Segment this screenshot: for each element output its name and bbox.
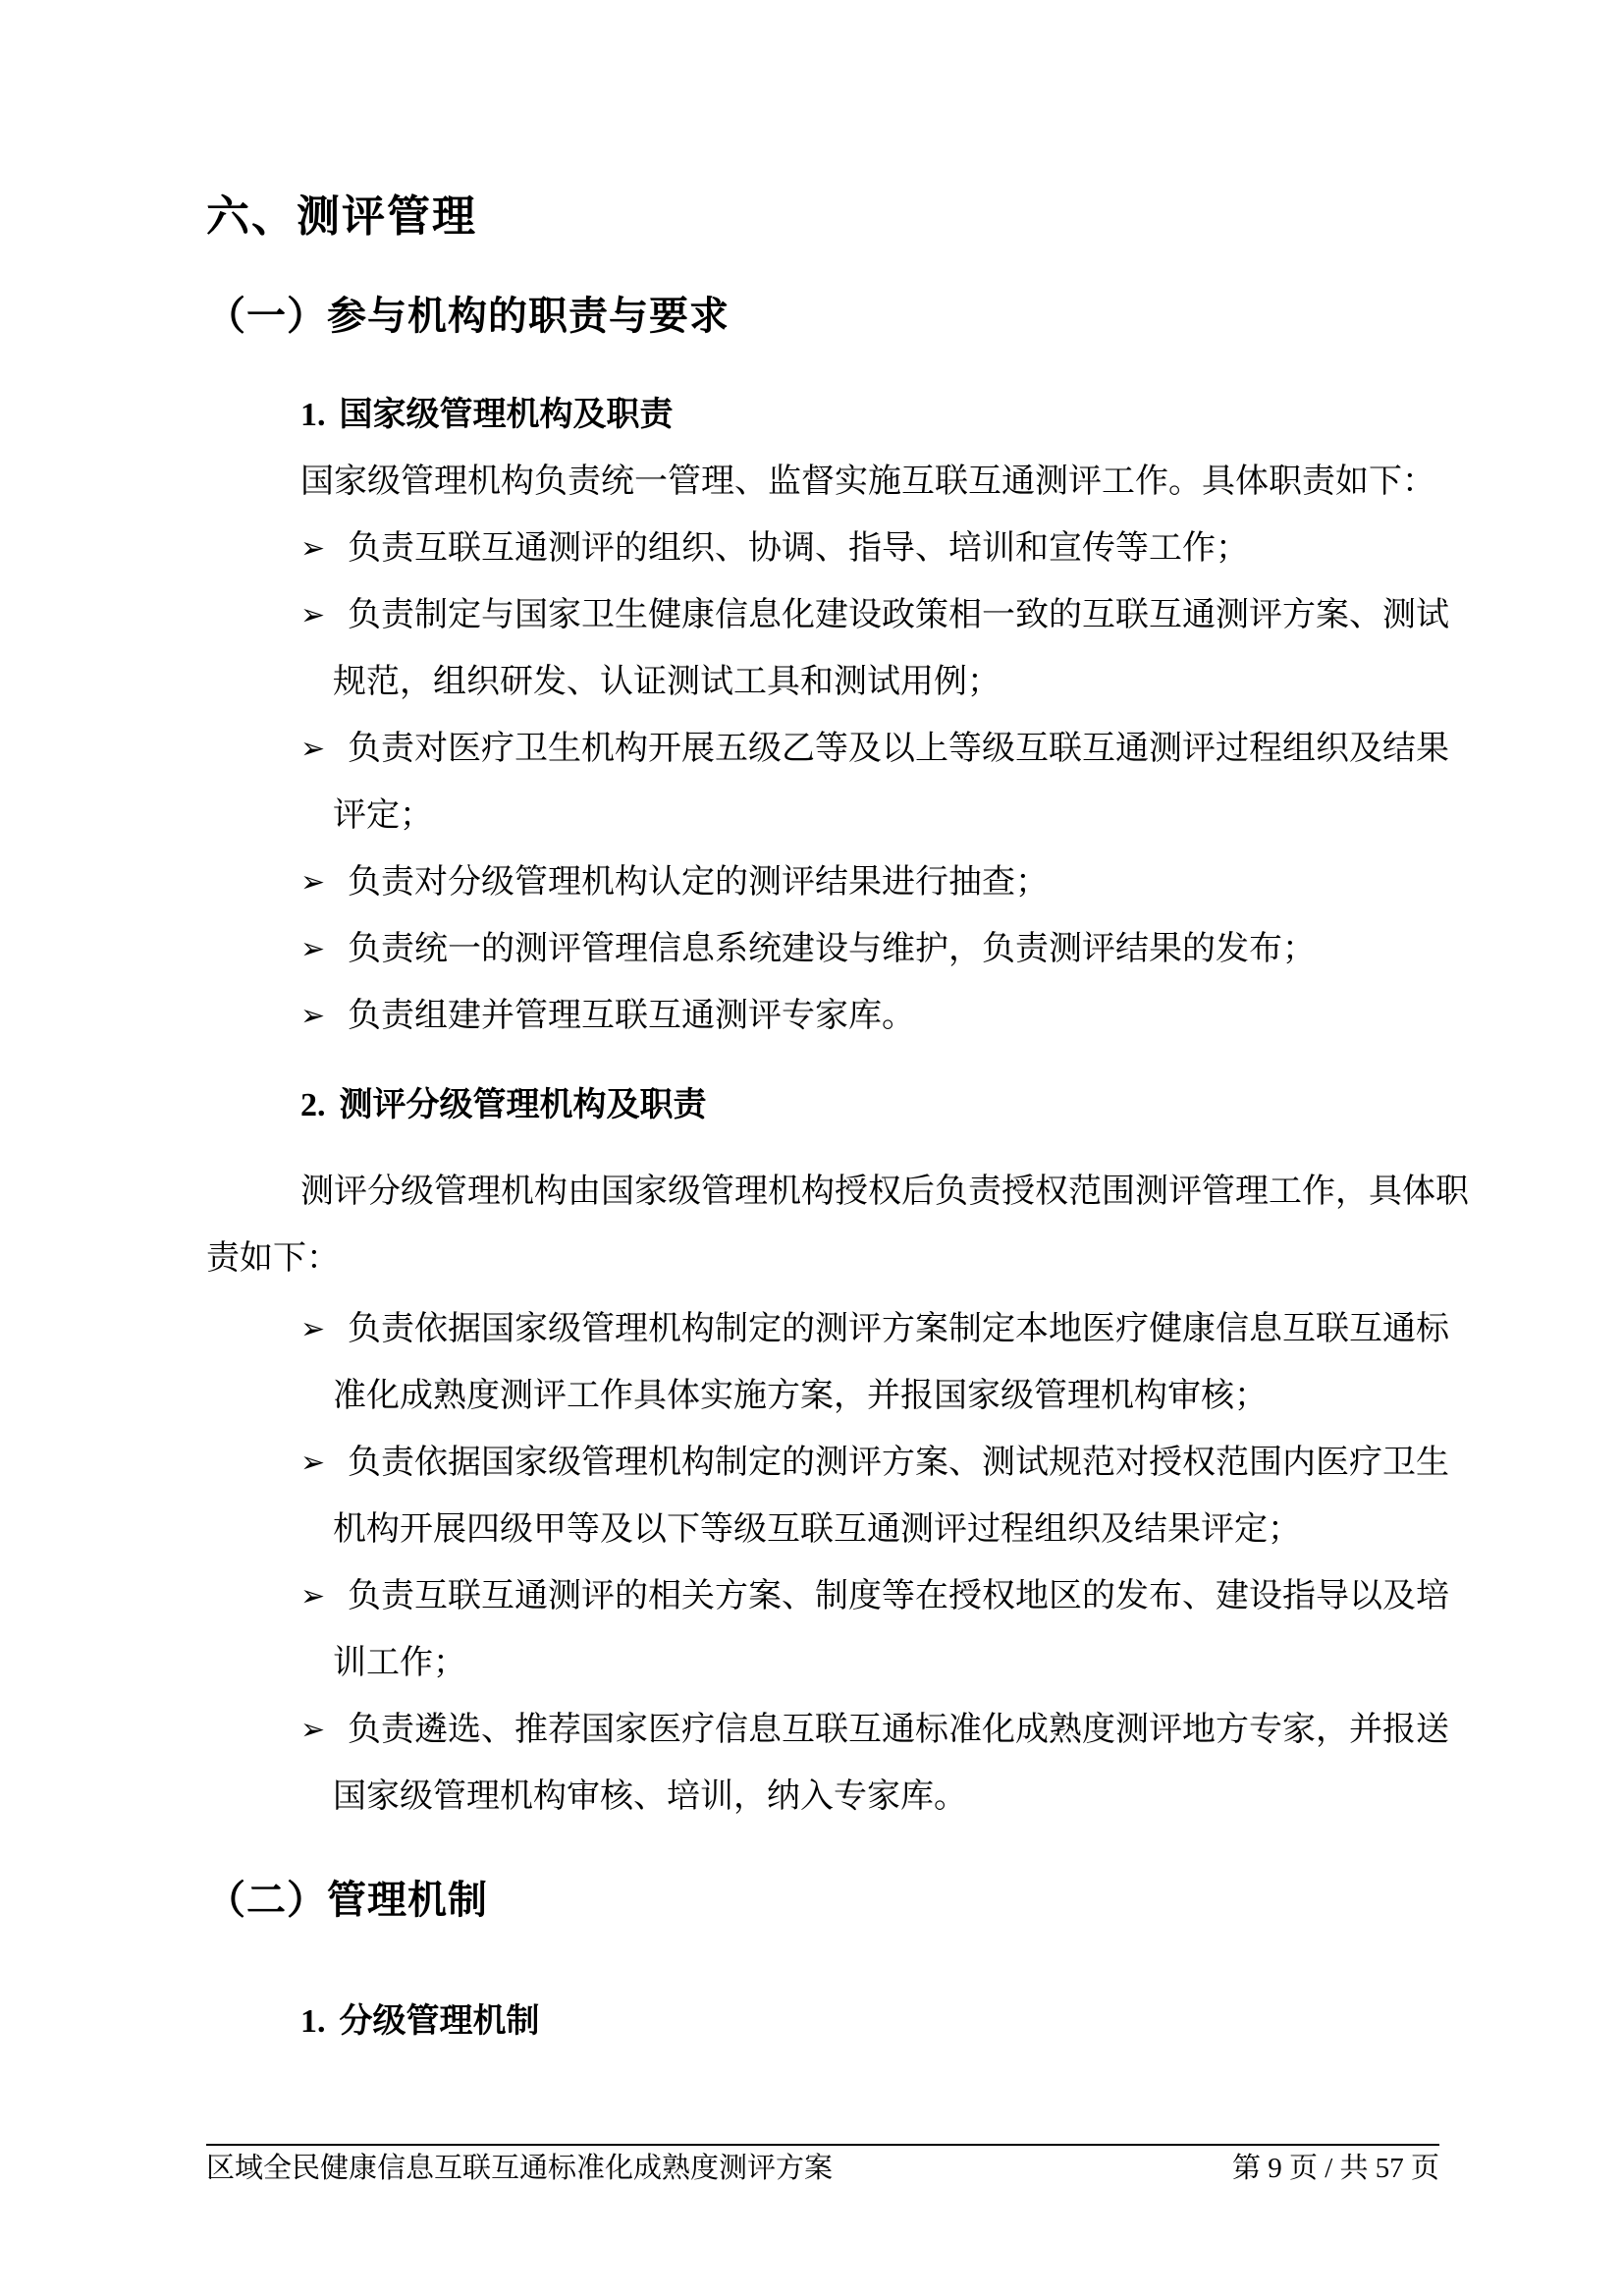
list-item-text: 负责组建并管理互联互通测评专家库。 (348, 998, 915, 1034)
list-item: ➢负责依据国家级管理机构制定的测评方案制定本地医疗健康信息互联互通标 准化成熟度… (206, 1296, 1439, 1430)
subsection-2-1-heading: 1.分级管理机制 (206, 1999, 1439, 2045)
list-item-text: 负责对分级管理机构认定的测评结果进行抽查； (348, 864, 1049, 901)
arrow-bullet-icon: ➢ (300, 716, 325, 783)
subsection-1-2-heading: 2.测评分级管理机构及职责 (206, 1083, 1439, 1128)
list-item-text: 负责对医疗卫生机构开展五级乙等及以上等级互联互通测评过程组织及结果 (348, 731, 1449, 767)
list-item-text: 负责互联互通测评的相关方案、制度等在授权地区的发布、建设指导以及培 (348, 1578, 1449, 1614)
paragraph-line: 国家级管理机构负责统一管理、监督实施互联互通测评工作。具体职责如下： (206, 464, 1435, 500)
footer-page-number: 第 9 页 / 共 57 页 (1232, 2151, 1439, 2186)
intro-paragraph: 国家级管理机构负责统一管理、监督实施互联互通测评工作。具体职责如下： (206, 449, 1439, 516)
list-item-text: 评定； (333, 797, 433, 834)
list-item: ➢负责对医疗卫生机构开展五级乙等及以上等级互联互通测评过程组织及结果 评定； (206, 716, 1439, 849)
list-item: ➢负责互联互通测评的组织、协调、指导、培训和宣传等工作； (206, 516, 1439, 582)
paragraph-line: 测评分级管理机构由国家级管理机构授权后负责授权范围测评管理工作，具体职 (206, 1174, 1469, 1210)
subsection-number: 1. (300, 2003, 326, 2040)
subsection-number: 2. (300, 1087, 326, 1123)
list-item-text: 负责遴选、推荐国家医疗信息互联互通标准化成熟度测评地方专家，并报送 (348, 1712, 1449, 1748)
subsection-title: 测评分级管理机构及职责 (340, 1087, 707, 1123)
intro-paragraph: 测评分级管理机构由国家级管理机构授权后负责授权范围测评管理工作，具体职 责如下： (206, 1159, 1439, 1292)
arrow-bullet-icon: ➢ (300, 1563, 325, 1630)
list-item-text: 训工作； (333, 1645, 466, 1681)
subsection-title: 分级管理机制 (340, 2003, 540, 2040)
bullet-list-regional: ➢负责依据国家级管理机构制定的测评方案制定本地医疗健康信息互联互通标 准化成熟度… (206, 1296, 1439, 1831)
list-item-text: 国家级管理机构审核、培训，纳入专家库。 (333, 1778, 967, 1815)
list-item-text: 负责互联互通测评的组织、协调、指导、培训和宣传等工作； (348, 530, 1249, 567)
arrow-bullet-icon: ➢ (300, 849, 325, 916)
list-item-text: 机构开展四级甲等及以下等级互联互通测评过程组织及结果评定； (333, 1511, 1301, 1548)
list-item-text: 负责依据国家级管理机构制定的测评方案制定本地医疗健康信息互联互通标 (348, 1311, 1449, 1347)
list-item: ➢负责对分级管理机构认定的测评结果进行抽查； (206, 849, 1439, 916)
section-1-heading: （一）参与机构的职责与要求 (206, 291, 1439, 342)
arrow-bullet-icon: ➢ (300, 983, 325, 1050)
arrow-bullet-icon: ➢ (300, 582, 325, 649)
list-item-text: 负责统一的测评管理信息系统建设与维护，负责测评结果的发布； (348, 931, 1316, 967)
arrow-bullet-icon: ➢ (300, 1296, 325, 1363)
document-body: 六、测评管理 （一）参与机构的职责与要求 1.国家级管理机构及职责 国家级管理机… (206, 0, 1439, 2045)
list-item-text: 准化成熟度测评工作具体实施方案，并报国家级管理机构审核； (333, 1378, 1268, 1414)
page-footer: 区域全民健康信息互联互通标准化成熟度测评方案 第 9 页 / 共 57 页 (206, 2144, 1439, 2186)
list-item-text: 规范，组织研发、认证测试工具和测试用例； (333, 664, 1001, 700)
chapter-title: 六、测评管理 (206, 190, 1439, 245)
arrow-bullet-icon: ➢ (300, 1430, 325, 1497)
list-item: ➢负责依据国家级管理机构制定的测评方案、测试规范对授权范围内医疗卫生 机构开展四… (206, 1430, 1439, 1563)
subsection-number: 1. (300, 397, 326, 433)
arrow-bullet-icon: ➢ (300, 1697, 325, 1764)
bullet-list-national: ➢负责互联互通测评的组织、协调、指导、培训和宣传等工作； ➢负责制定与国家卫生健… (206, 516, 1439, 1050)
list-item: ➢负责统一的测评管理信息系统建设与维护，负责测评结果的发布； (206, 916, 1439, 983)
arrow-bullet-icon: ➢ (300, 916, 325, 983)
subsection-1-1-heading: 1.国家级管理机构及职责 (206, 393, 1439, 438)
footer-doc-title: 区域全民健康信息互联互通标准化成熟度测评方案 (206, 2151, 833, 2186)
arrow-bullet-icon: ➢ (300, 516, 325, 582)
subsection-title: 国家级管理机构及职责 (340, 397, 674, 433)
section-2-heading: （二）管理机制 (206, 1875, 1439, 1926)
document-page: 六、测评管理 （一）参与机构的职责与要求 1.国家级管理机构及职责 国家级管理机… (0, 0, 1623, 2296)
paragraph-line: 责如下： (206, 1240, 340, 1277)
list-item: ➢负责组建并管理互联互通测评专家库。 (206, 983, 1439, 1050)
list-item-text: 负责依据国家级管理机构制定的测评方案、测试规范对授权范围内医疗卫生 (348, 1445, 1449, 1481)
list-item: ➢负责制定与国家卫生健康信息化建设政策相一致的互联互通测评方案、测试 规范，组织… (206, 582, 1439, 716)
list-item: ➢负责遴选、推荐国家医疗信息互联互通标准化成熟度测评地方专家，并报送 国家级管理… (206, 1697, 1439, 1831)
list-item: ➢负责互联互通测评的相关方案、制度等在授权地区的发布、建设指导以及培 训工作； (206, 1563, 1439, 1697)
list-item-text: 负责制定与国家卫生健康信息化建设政策相一致的互联互通测评方案、测试 (348, 597, 1449, 633)
